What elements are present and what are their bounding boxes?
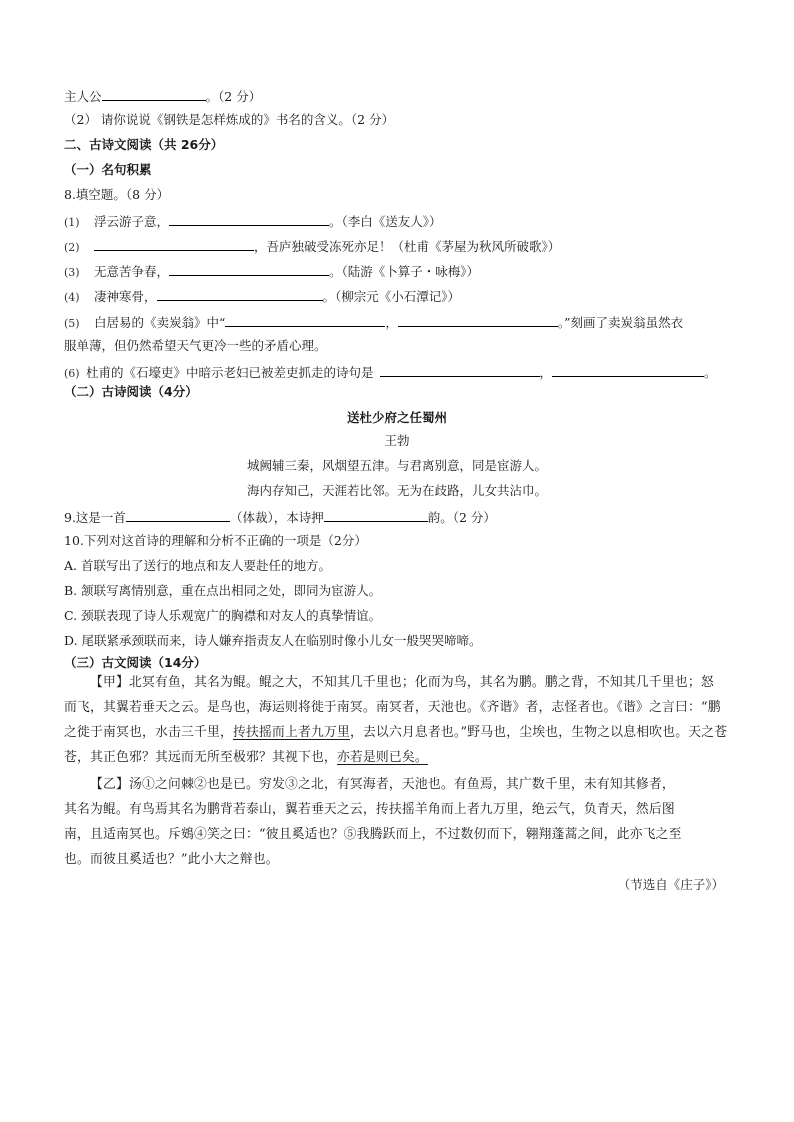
item-comma: ， <box>385 315 398 330</box>
q8-item-5: (5)白居易的《卖炭翁》中“，。”刻画了卖炭翁虽然衣 <box>64 313 683 332</box>
q9: 9.这是一首（体裁），本诗押韵。（2 分） <box>64 508 496 526</box>
answer-blank[interactable] <box>126 508 230 522</box>
passage-jia-line-3: 之徙于南冥也，水击三千里，抟扶摇而上者九万里，去以六月息者也。”野马也，尘埃也，… <box>64 725 727 741</box>
item-source: 。（陆游《卜算子・咏梅》） <box>329 264 479 279</box>
passage-jia-line-2: 而飞，其翼若垂天之云。是鸟也，海运则将徙于南冥。南冥者，天池也。《齐谐》者，志怪… <box>64 700 721 716</box>
item-number: (5) <box>64 316 94 332</box>
item-text: 无意苦争春， <box>94 264 169 279</box>
q8-item-2: (2)，吾庐独破受冻死亦足！（杜甫《茅屋为秋风所破歌》） <box>64 237 560 256</box>
q9-text-b: （体裁），本诗押 <box>230 510 324 525</box>
poem-title: 送杜少府之任蜀州 <box>0 410 794 426</box>
q10-option-a: A. 首联写出了送行的地点和友人要赴任的地方。 <box>64 558 331 574</box>
q8-item-4: (4)凄神寒骨，。（柳宗元《小石潭记》） <box>64 287 460 306</box>
passage-yi-line-2: 其名为鲲。有鸟焉其名为鹏背若泰山，翼若垂天之云，抟扶摇羊角而上者九万里，绝云气，… <box>64 802 675 818</box>
item-text: 白居易的《卖炭翁》中“ <box>94 315 225 330</box>
part3-title: （三）古文阅读（14分） <box>64 655 206 671</box>
item-number: (1) <box>64 215 94 231</box>
answer-blank[interactable] <box>324 508 428 522</box>
poem-line-1: 城阙辅三秦，风烟望五津。与君离别意，同是宦游人。 <box>0 458 794 474</box>
q7-prefix: 主人公 <box>64 89 102 104</box>
answer-blank[interactable] <box>552 363 704 377</box>
q7-answer-line: 主人公。（2 分） <box>64 87 261 105</box>
item-number: (4) <box>64 290 94 306</box>
underlined-sentence: 亦若是则已矣。 <box>337 750 428 765</box>
item-source: 。（李白《送友人》） <box>329 214 442 229</box>
q10-option-c: C. 颈联表现了诗人乐观宽广的胸襟和对友人的真挚情谊。 <box>64 608 381 624</box>
item-number: (2) <box>64 240 94 256</box>
passage-source: （节选自《庄子》） <box>618 877 724 893</box>
answer-blank[interactable] <box>157 287 323 301</box>
item-comma: ， <box>540 365 553 380</box>
q10-option-d: D. 尾联紧承颈联而来，诗人嫌弃指责友人在临别时像小儿女一般哭哭啼啼。 <box>64 633 482 649</box>
passage-yi-line-1: 【乙】汤①之问棘②也是已。穷发③之北，有冥海者，天池也。有鱼焉，其广数千里，未有… <box>90 777 675 793</box>
part2-title: （二）古诗阅读（4分） <box>64 384 198 400</box>
poem-author: 王勃 <box>0 433 794 449</box>
answer-blank[interactable] <box>102 87 206 101</box>
item-period: 。 <box>704 365 717 380</box>
item-source: 。（柳宗元《小石潭记》） <box>323 289 461 304</box>
q7-sub2: （2） 请你说说《钢铁是怎样炼成的》书名的含义。（2 分） <box>64 112 394 128</box>
underlined-sentence: 抟扶摇而上者九万里 <box>233 725 350 740</box>
answer-blank[interactable] <box>169 262 329 276</box>
q8-item-5-cont: 服单薄，但仍然希望天气更冷一些的矛盾心理。 <box>64 338 327 354</box>
item-text: 凄神寒骨， <box>94 289 157 304</box>
item-source: ，吾庐独破受冻死亦足！（杜甫《茅屋为秋风所破歌》） <box>254 239 560 254</box>
passage-yi-line-4: 也。而彼且奚适也？”此小大之辩也。 <box>64 852 279 868</box>
answer-blank[interactable] <box>225 313 385 327</box>
passage-jia-line-4: 苍，其正色邪？其远而无所至极邪？其视下也，亦若是则已矣。 <box>64 750 428 766</box>
answer-blank[interactable] <box>398 313 558 327</box>
q10-stem: 10.下列对这首诗的理解和分析不正确的一项是（2分） <box>64 533 367 549</box>
passage-jia-line-1: 【甲】北冥有鱼，其名为鲲。鲲之大，不知其几千里也；化而为鸟，其名为鹏。鹏之背，不… <box>90 675 714 691</box>
q8-stem: 8.填空题。（8 分） <box>64 187 169 203</box>
q8-item-1: (1)浮云游子意，。（李白《送友人》） <box>64 212 442 231</box>
item-text-after: 。”刻画了卖炭翁虽然衣 <box>558 315 683 330</box>
poem-line-2: 海内存知己，天涯若比邻。无为在歧路，儿女共沾巾。 <box>0 483 794 499</box>
item-text: 浮云游子意， <box>94 214 169 229</box>
q8-item-3: (3)无意苦争春，。（陆游《卜算子・咏梅》） <box>64 262 479 281</box>
item-text: 杜甫的《石壕吏》中暗示老妇已被差吏抓走的诗句是 <box>86 365 374 380</box>
item-number: (3) <box>64 265 94 281</box>
item-number: (6) <box>64 366 86 382</box>
part1-title: （一）名句积累 <box>64 162 152 178</box>
q9-text-a: 9.这是一首 <box>64 510 126 525</box>
q7-suffix: 。（2 分） <box>206 89 262 104</box>
jia-text: 之徙于南冥也，水击三千里， <box>64 725 233 740</box>
answer-blank[interactable] <box>94 237 254 251</box>
q9-text-c: 韵。（2 分） <box>428 510 496 525</box>
answer-blank[interactable] <box>380 363 540 377</box>
passage-yi-line-3: 南，且适南冥也。斥鴳④笑之曰：“彼且奚适也？⑤我腾跃而上，不过数仞而下，翱翔蓬蒿… <box>64 827 682 843</box>
answer-blank[interactable] <box>169 212 329 226</box>
q10-option-b: B. 颔联写离情别意，重在点出相同之处，即同为宦游人。 <box>64 583 381 599</box>
section-title: 二、古诗文阅读（共 26分） <box>64 137 223 153</box>
jia-text: ，去以六月息者也。”野马也，尘埃也，生物之以息相吹也。天之苍 <box>350 725 727 740</box>
jia-text: 苍，其正色邪？其远而无所至极邪？其视下也， <box>64 750 337 765</box>
q8-item-6: (6)杜甫的《石壕吏》中暗示老妇已被差吏抓走的诗句是，。 <box>64 363 717 382</box>
